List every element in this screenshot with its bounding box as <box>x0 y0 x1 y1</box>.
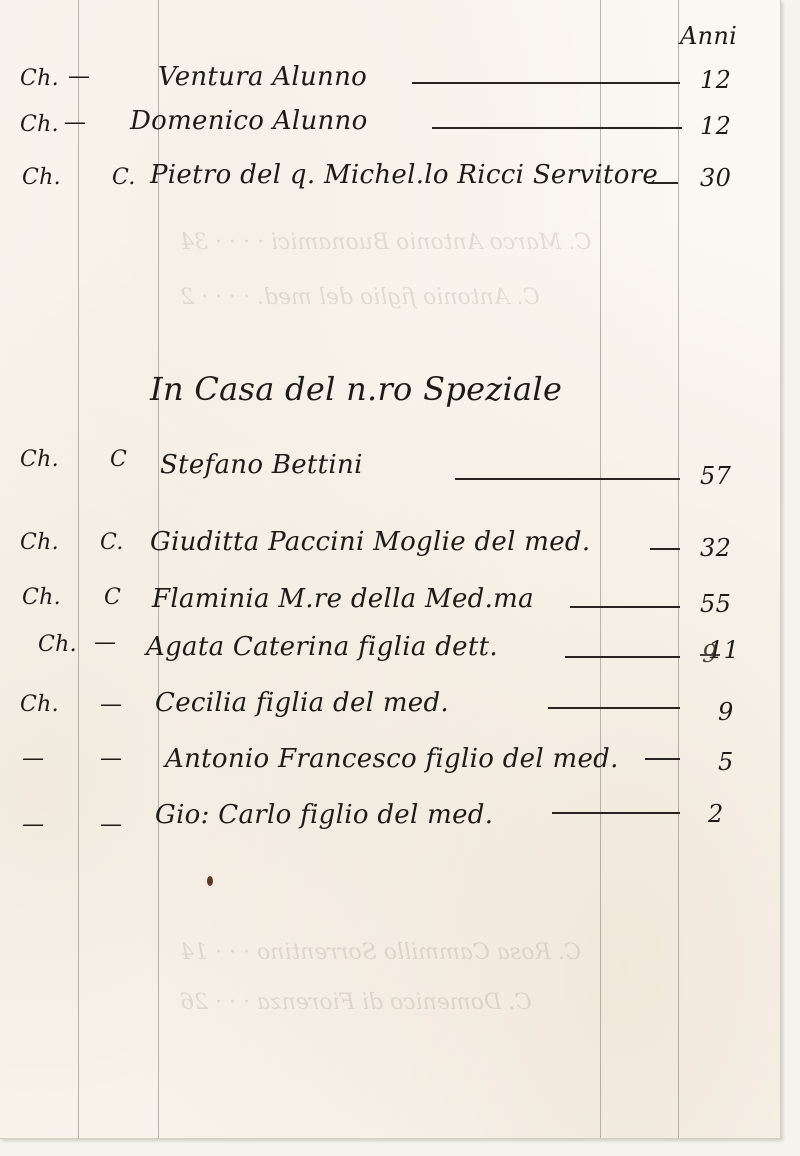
leader-line <box>645 758 680 760</box>
person-age: 12 <box>700 112 760 140</box>
person-age: 5 <box>718 748 778 776</box>
person-name: Antonio Francesco figlio del med. <box>165 744 619 774</box>
status-mark: — <box>100 812 122 837</box>
person-age: 2 <box>708 800 768 828</box>
person-age: 9 <box>718 698 778 726</box>
person-age-corrected: 9 11 <box>708 636 768 664</box>
person-age: 55 <box>700 590 760 618</box>
person-name: Agata Caterina figlia dett. <box>146 632 498 662</box>
margin-annotation: Ch. <box>20 447 59 472</box>
leader-line <box>455 478 680 480</box>
status-mark: C. <box>112 165 136 190</box>
leader-line <box>548 707 680 709</box>
status-mark: C <box>110 447 127 472</box>
bleed-through-text: C. Marco Antonio Buonamici · · · · 34 <box>180 230 591 255</box>
person-name: Flaminia M.re della Med.ma <box>152 584 534 614</box>
status-mark: — <box>100 746 122 771</box>
person-name: Cecilia figlia del med. <box>155 688 449 718</box>
person-age: 30 <box>700 164 760 192</box>
margin-annotation: Ch. <box>20 530 59 555</box>
margin-annotation: Ch. <box>20 66 59 91</box>
margin-annotation: Ch. <box>22 585 61 610</box>
person-name: Giuditta Paccini Moglie del med. <box>150 527 590 557</box>
margin-annotation: — <box>22 746 44 771</box>
leader-line <box>432 127 682 129</box>
person-name: Pietro del q. Michel.lo Ricci Servitore <box>150 160 658 190</box>
person-name: Gio: Carlo figlio del med. <box>155 800 493 830</box>
person-age: 12 <box>700 66 760 94</box>
margin-annotation: Ch. <box>22 165 61 190</box>
person-name: Stefano Bettini <box>160 450 363 480</box>
leader-line <box>650 548 680 550</box>
leader-line <box>412 82 680 84</box>
bleed-through-text: C. Domenico di Fiorenza · · · 26 <box>180 990 532 1015</box>
person-name: Ventura Alunno <box>158 62 367 92</box>
bleed-through-text: C. Rosa Cammillo Sorrentino · · · 14 <box>180 940 581 965</box>
margin-annotation: — <box>22 812 44 837</box>
status-mark: — <box>100 692 122 717</box>
manuscript-page: C. Marco Antonio Buonamici · · · · 34 C.… <box>0 0 781 1139</box>
ink-blot <box>207 876 213 886</box>
margin-annotation: Ch. <box>20 692 59 717</box>
entry-row: Ch. — Agata Caterina figlia dett. 9 11 <box>0 0 780 28</box>
margin-annotation: Ch. <box>20 112 59 137</box>
status-mark: — <box>94 630 116 655</box>
column-header-age: Anni <box>680 22 737 50</box>
leader-line <box>648 182 678 184</box>
person-age: 57 <box>700 462 760 490</box>
status-mark: — <box>64 110 86 135</box>
household-heading: In Casa del n.ro Speziale <box>150 370 562 408</box>
person-name: Domenico Alunno <box>130 106 368 136</box>
margin-annotation: Ch. <box>38 632 77 657</box>
struck-age: 9 <box>702 640 718 668</box>
ruling-line-age <box>678 0 679 1138</box>
bleed-through-text: C. Antonio figlio del med. · · · · 2 <box>180 285 540 310</box>
status-mark: C. <box>100 530 124 555</box>
leader-line <box>552 812 680 814</box>
status-mark: — <box>68 64 90 89</box>
ruling-line-margin <box>78 0 79 1138</box>
status-mark: C <box>104 585 121 610</box>
leader-line <box>565 656 680 658</box>
leader-line <box>570 606 680 608</box>
person-age: 32 <box>700 534 760 562</box>
